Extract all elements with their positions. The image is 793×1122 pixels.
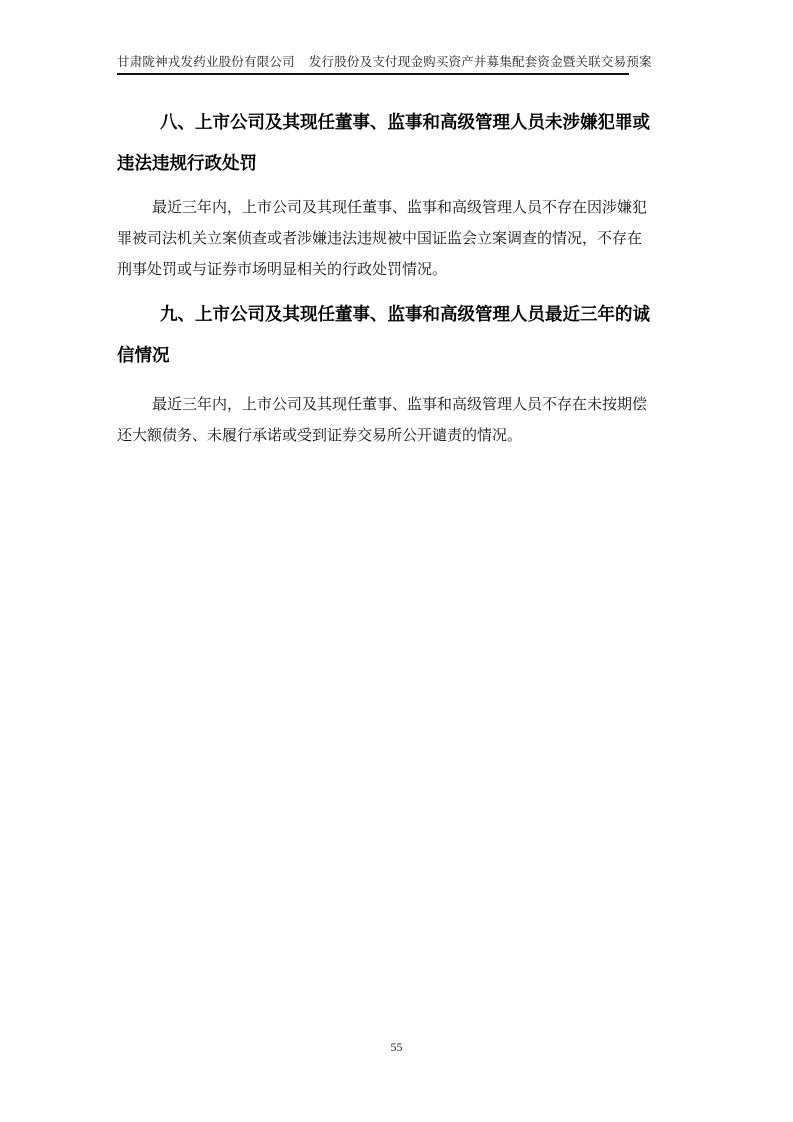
- section-8-paragraph: 最近三年内，上市公司及其现任董事、监事和高级管理人员不存在因涉嫌犯 罪被司法机关…: [117, 192, 677, 285]
- section-heading-8: 八、上市公司及其现任董事、监事和高级管理人员未涉嫌犯罪或 违法违规行政处罚: [117, 103, 677, 185]
- paragraph-line: 刑事处罚或与证券市场明显相关的行政处罚情况。: [117, 254, 677, 285]
- header-company-name: 甘肃陇神戎发药业股份有限公司: [117, 54, 295, 69]
- section-heading-8-line1: 八、上市公司及其现任董事、监事和高级管理人员未涉嫌犯罪或: [117, 103, 677, 144]
- page-number: 55: [0, 1040, 793, 1055]
- paragraph-line: 最近三年内，上市公司及其现任董事、监事和高级管理人员不存在因涉嫌犯: [117, 192, 677, 223]
- section-heading-8-line2: 违法违规行政处罚: [117, 144, 677, 185]
- section-9-paragraph: 最近三年内，上市公司及其现任董事、监事和高级管理人员不存在未按期偿 还大额债务、…: [117, 389, 677, 451]
- section-heading-9: 九、上市公司及其现任董事、监事和高级管理人员最近三年的诚 信情况: [117, 295, 677, 377]
- paragraph-line: 罪被司法机关立案侦查或者涉嫌违法违规被中国证监会立案调查的情况，不存在: [117, 223, 677, 254]
- section-heading-9-line1: 九、上市公司及其现任董事、监事和高级管理人员最近三年的诚: [117, 295, 677, 336]
- header-document-title: 发行股份及支付现金购买资产并募集配套资金暨关联交易预案: [309, 54, 652, 69]
- paragraph-line: 最近三年内，上市公司及其现任董事、监事和高级管理人员不存在未按期偿: [117, 389, 677, 420]
- section-heading-9-line2: 信情况: [117, 336, 677, 377]
- page-header: 甘肃陇神戎发药业股份有限公司发行股份及支付现金购买资产并募集配套资金暨关联交易预…: [117, 52, 629, 75]
- paragraph-line: 还大额债务、未履行承诺或受到证券交易所公开谴责的情况。: [117, 420, 677, 451]
